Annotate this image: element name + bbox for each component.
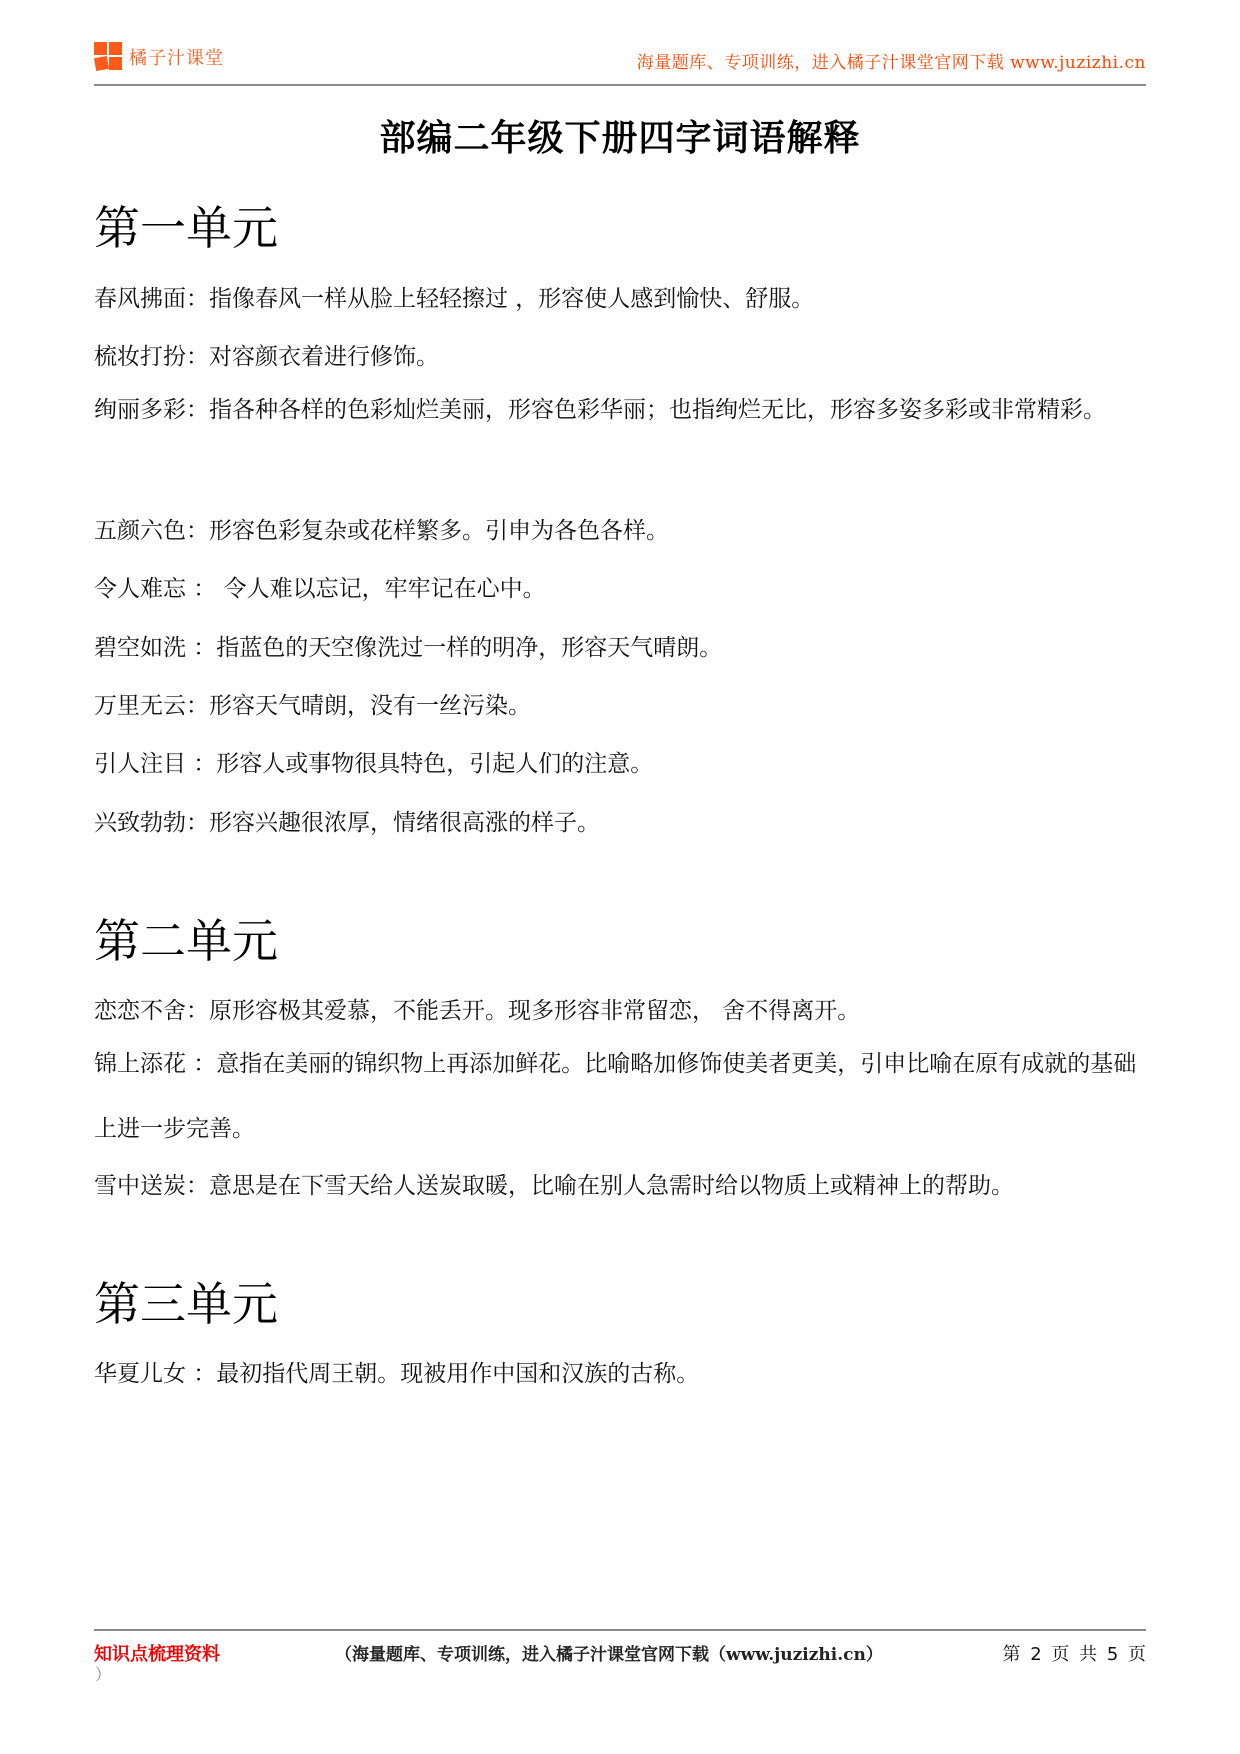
page-number: 第 2 页 共 5 页 bbox=[1002, 1640, 1146, 1666]
entry: 春风拂面：指像春风一样从脸上轻轻擦过 ，形容使人感到愉快、舒服。 bbox=[94, 280, 1146, 313]
header-slogan: 海量题库、专项训练，进入橘子汁课堂官网下载 www.juzizhi.cn bbox=[637, 48, 1146, 73]
entry: 恋恋不舍：原形容极其爱慕，不能丢开。现多形容非常留恋， 舍不得离开。 bbox=[94, 992, 1146, 1025]
entry: 锦上添花 ：意指在美丽的锦织物上再添加鲜花。比喻略加修饰使美者更美，引申比喻在原… bbox=[94, 1032, 1146, 1162]
footer-slogan: （海量题库、专项训练，进入橘子汁课堂官网下载（www.juzizhi.cn） bbox=[335, 1640, 883, 1665]
document-title: 部编二年级下册四字词语解释 bbox=[0, 110, 1240, 161]
entry: 引人注目 ：形容人或事物很具特色，引起人们的注意。 bbox=[94, 745, 1146, 778]
entry: 雪中送炭：意思是在下雪天给人送炭取暖，比喻在别人急需时给以物质上或精神上的帮助。 bbox=[94, 1167, 1146, 1200]
header-divider bbox=[94, 84, 1146, 86]
entry: 华夏儿女 ：最初指代周王朝。现被用作中国和汉族的古称。 bbox=[94, 1355, 1146, 1388]
logo-text: 橘子汁课堂 bbox=[129, 44, 224, 70]
footer-divider bbox=[94, 1629, 1146, 1631]
unit-heading-1: 第一单元 bbox=[94, 192, 278, 258]
entry: 梳妆打扮：对容颜衣着进行修饰。 bbox=[94, 338, 1146, 371]
entry: 五颜六色：形容色彩复杂或花样繁多。引申为各色各样。 bbox=[94, 512, 1146, 545]
logo: 橘子汁课堂 bbox=[94, 42, 224, 72]
page-header: 橘子汁课堂 海量题库、专项训练，进入橘子汁课堂官网下载 www.juzizhi.… bbox=[94, 38, 1146, 84]
entry: 兴致勃勃：形容兴趣很浓厚，情绪很高涨的样子。 bbox=[94, 804, 1146, 837]
unit-heading-2: 第二单元 bbox=[94, 905, 278, 971]
logo-icon bbox=[94, 42, 124, 72]
unit-heading-3: 第三单元 bbox=[94, 1268, 278, 1334]
entry: 万里无云：形容天气晴朗，没有一丝污染。 bbox=[94, 687, 1146, 720]
entry: 碧空如洗 ：指蓝色的天空像洗过一样的明净，形容天气晴朗。 bbox=[94, 629, 1146, 662]
entry: 令人难忘 ： 令人难以忘记，牢牢记在心中。 bbox=[94, 570, 1146, 603]
footer-label: 知识点梳理资料 bbox=[94, 1640, 220, 1666]
footer-paren: ） bbox=[95, 1662, 111, 1685]
entry: 绚丽多彩：指各种各样的色彩灿烂美丽，形容色彩华丽；也指绚烂无比，形容多姿多彩或非… bbox=[94, 378, 1146, 443]
